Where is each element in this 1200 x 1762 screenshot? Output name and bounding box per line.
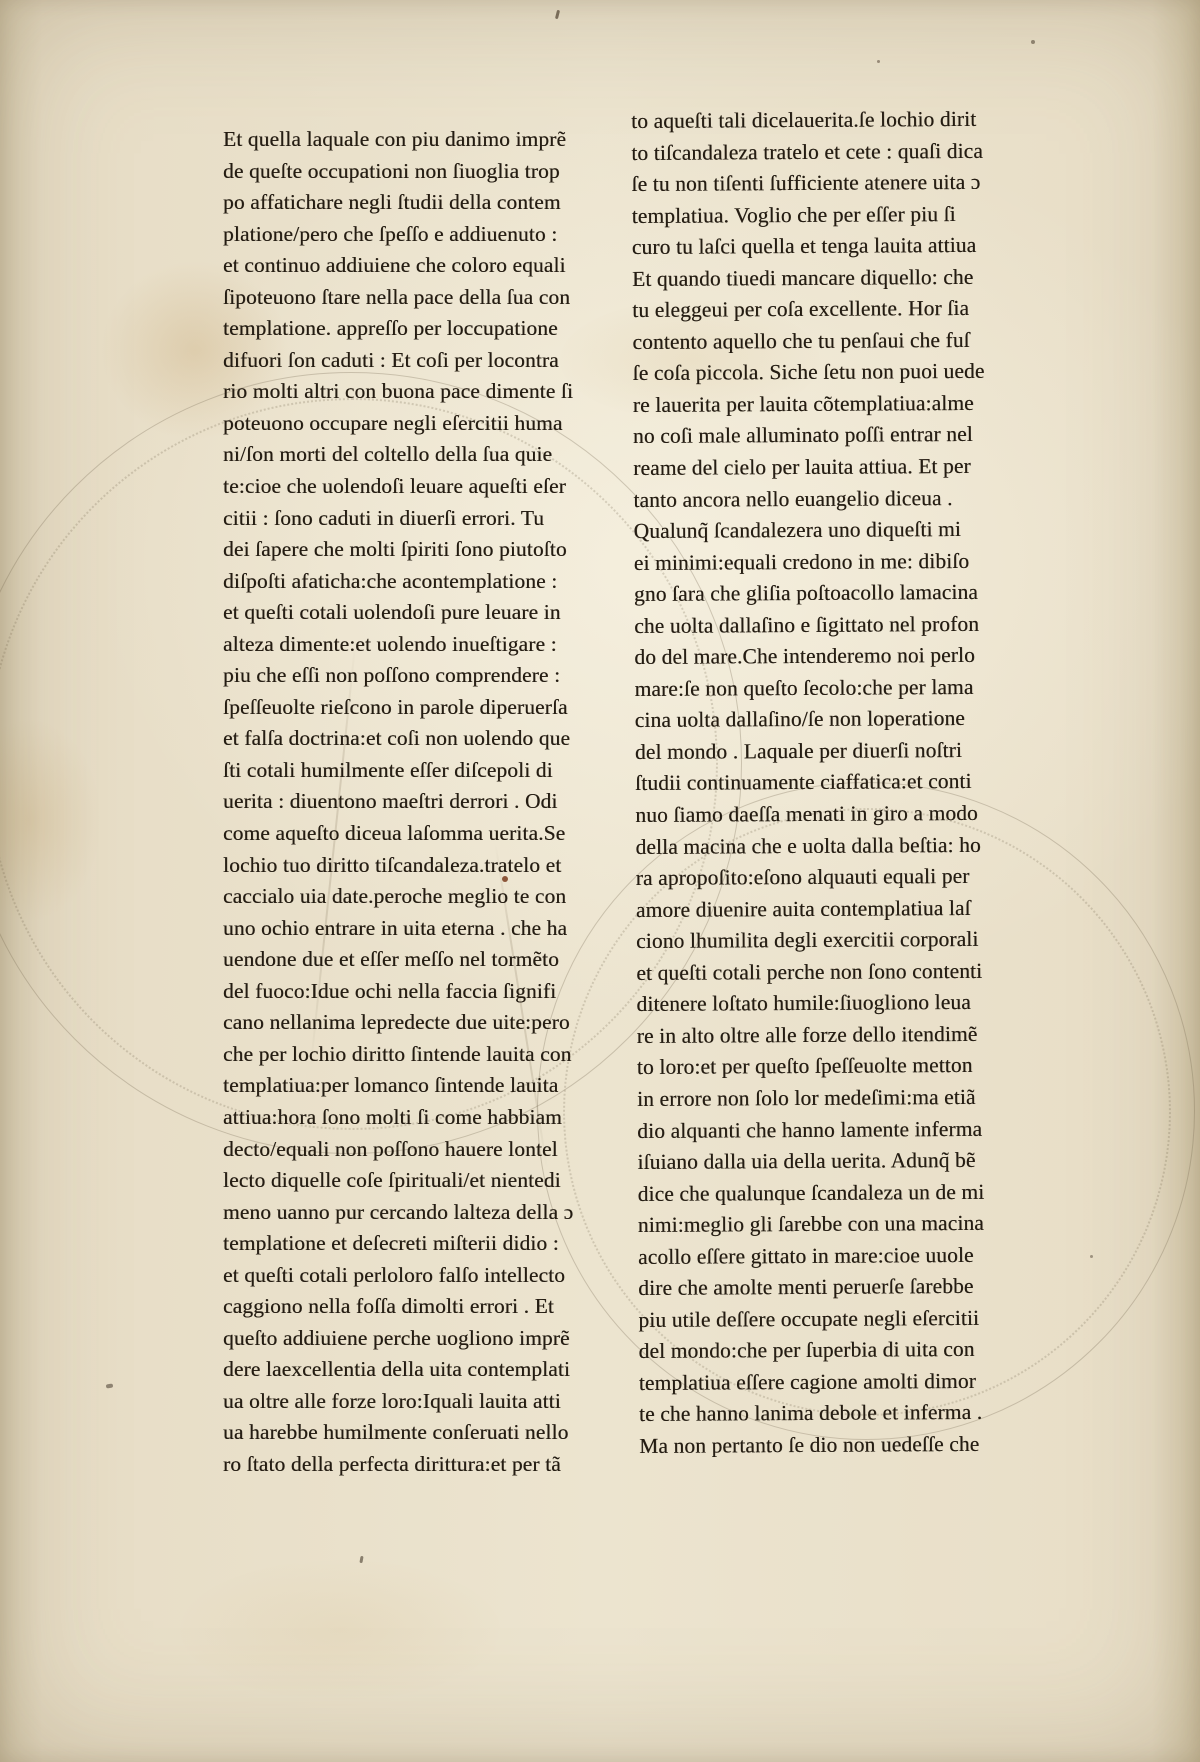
text-line: te che hanno lanima debole et inferma .: [639, 1397, 1041, 1431]
text-line: et queſti cotali uolendoſi pure leuare i…: [223, 597, 621, 629]
text-line: cano nellanima lepredecte due uite:pero: [223, 1007, 621, 1039]
text-line: po affatichare negli ſtudii della contem: [223, 187, 621, 219]
paper-stain: [0, 720, 100, 920]
text-line: lochio tuo diritto tiſcandaleza.tratelo …: [223, 850, 621, 882]
text-line: ciono lhumilita degli exercitii corporal…: [636, 924, 1038, 958]
text-line: Ma non pertanto ſe dio non uedeſſe che: [639, 1428, 1041, 1462]
text-line: templatiua. Voglio che per eſſer piu ſi: [632, 198, 1034, 232]
text-line: ſipoteuono ſtare nella pace della ſua co…: [223, 282, 621, 314]
text-line: lecto diquelle coſe ſpirituali/et niente…: [223, 1165, 621, 1197]
text-line: attiua:hora ſono molti ſi come habbiam: [223, 1102, 621, 1134]
text-line: caggiono nella foſſa dimolti errori . Et: [223, 1291, 621, 1323]
scanned-book-page: Et quella laquale con piu danimo imprẽde…: [0, 0, 1200, 1762]
text-line: nuo ſiamo daeſſa menati in giro a modo: [635, 798, 1037, 832]
text-line: re lauerita per lauita cõtemplatiua:alme: [633, 387, 1035, 421]
text-line: dio alquanti che hanno lamente inferma: [637, 1113, 1039, 1147]
text-line: amore diuenire auita contemplatiua laſ: [636, 892, 1038, 926]
text-line: ſpeſſeuolte rieſcono in parole diperuerſ…: [223, 692, 621, 724]
text-line: acollo eſſere gittato in mare:cioe uuole: [638, 1239, 1040, 1273]
text-line: et falſa doctrina:et coſi non uolendo qu…: [223, 723, 621, 755]
ink-speck: [106, 1384, 113, 1389]
text-line: ra apropoſito:eſono alquauti equali per: [636, 861, 1038, 895]
text-line: Et quella laquale con piu danimo imprẽ: [223, 124, 621, 156]
text-line: to loro:et per queſto ſpeſſeuolte metton: [637, 1050, 1039, 1084]
text-line: caccialo uia date.peroche meglio te con: [223, 881, 621, 913]
text-line: del mondo . Laquale per diuerſi noſtri: [635, 734, 1037, 768]
text-line: et queſti cotali perloloro falſo intelle…: [223, 1260, 621, 1292]
text-line: ro ſtato della perfecta dirittura:et per…: [223, 1449, 621, 1481]
text-line: che per lochio diritto ſintende lauita c…: [223, 1039, 621, 1071]
ink-speck: [359, 1556, 363, 1563]
text-line: curo tu laſci quella et tenga lauita att…: [632, 230, 1034, 264]
text-line: ditenere loſtato humile:ſiuogliono leua: [636, 987, 1038, 1021]
text-line: templatiua:per lomanco ſintende lauita: [223, 1070, 621, 1102]
text-line: reame del cielo per lauita attiua. Et pe…: [633, 451, 1035, 485]
ink-speck: [1090, 1255, 1093, 1258]
text-line: contento aquello che tu penſaui che fuſ: [632, 324, 1034, 358]
text-line: decto/equali non poſſono hauere lontel: [223, 1134, 621, 1166]
text-line: dere laexcellentia della uita contemplat…: [223, 1354, 621, 1386]
text-line: come aqueſto diceua laſomma uerita.Se: [223, 818, 621, 850]
ink-speck: [1031, 40, 1035, 44]
text-line: tanto ancora nello euangelio diceua .: [633, 482, 1035, 516]
text-line: mare:ſe non queſto ſecolo:che per lama: [634, 671, 1036, 705]
text-line: ſe coſa piccola. Siche ſetu non puoi ued…: [633, 356, 1035, 390]
text-line: della macina che e uolta dalla beſtia: h…: [635, 829, 1037, 863]
text-line: platione/pero che ſpeſſo e addiuenuto :: [223, 219, 621, 251]
text-line: do del mare.Che intenderemo noi perlo: [634, 640, 1036, 674]
text-line: ſtudii continuamente ciaffatica:et conti: [635, 766, 1037, 800]
paper-stain: [180, 1560, 500, 1700]
text-line: del mondo:che per ſuperbia di uita con: [639, 1334, 1041, 1368]
text-line: re in alto oltre alle forze dello itendi…: [637, 1018, 1039, 1052]
text-line: uno ochio entrare in uita eterna . che h…: [223, 913, 621, 945]
text-line: templatione et deſecreti miſterii didio …: [223, 1228, 621, 1260]
text-line: ua oltre alle forze loro:Iquali lauita a…: [223, 1386, 621, 1418]
text-line: te:cioe che uolendoſi leuare aqueſti eſe…: [223, 471, 621, 503]
text-line: meno uanno pur cercando lalteza della ɔ: [223, 1197, 621, 1229]
text-line: uendone due et eſſer meſſo nel tormẽto: [223, 944, 621, 976]
text-line: alteza dimente:et uolendo inueſtigare :: [223, 629, 621, 661]
text-line: to tiſcandaleza tratelo et cete : quaſi …: [631, 135, 1033, 169]
text-line: tu eleggeui per coſa excellente. Hor ſia: [632, 293, 1034, 327]
ink-speck: [877, 60, 880, 63]
text-line: dire che amolte menti peruerſe ſarebbe: [638, 1271, 1040, 1305]
text-line: templatiua eſſere cagione amolti dimor: [639, 1365, 1041, 1399]
text-line: Et quando tiuedi mancare diquello: che: [632, 261, 1034, 295]
text-line: diſpoſti afaticha:che acontemplatione :: [223, 566, 621, 598]
text-line: piu che eſſi non poſſono comprendere :: [223, 660, 621, 692]
text-line: no coſi male alluminato poſſi entrar nel: [633, 419, 1035, 453]
text-line: poteuono occupare negli eſercitii huma: [223, 408, 621, 440]
text-line: rio molti altri con buona pace dimente ſ…: [223, 376, 621, 408]
text-line: templatione. appreſſo per loccupatione: [223, 313, 621, 345]
text-line: Qualunq̃ ſcandalezera uno diqueſti mi: [634, 514, 1036, 548]
ink-speck: [555, 10, 560, 19]
text-line: ua harebbe humilmente conſeruati nello: [223, 1417, 621, 1449]
text-line: queſto addiuiene perche uogliono imprẽ: [223, 1323, 621, 1355]
text-line: iſuiano dalla uia della uerita. Adunq̃ b…: [637, 1145, 1039, 1179]
text-line: et queſti cotali perche non ſono content…: [636, 955, 1038, 989]
text-line: dei ſapere che molti ſpiriti ſono piutoſ…: [223, 534, 621, 566]
text-line: in errore non ſolo lor medeſimi:ma etiã: [637, 1081, 1039, 1115]
text-line: cina uolta dallaſino/ſe non loperatione: [635, 703, 1037, 737]
text-line: de queſte occupationi non ſiuoglia trop: [223, 156, 621, 188]
text-line: ei minimi:equali credono in me: dibiſo: [634, 545, 1036, 579]
text-line: citii : ſono caduti in diuerſi errori. T…: [223, 503, 621, 535]
text-line: del fuoco:Idue ochi nella faccia ſignifi: [223, 976, 621, 1008]
text-line: difuori ſon caduti : Et coſi per locontr…: [223, 345, 621, 377]
text-column-right: to aqueſti tali dicelauerita.ſe lochio d…: [631, 104, 1041, 1463]
text-line: nimi:meglio gli ſarebbe con una macina: [638, 1208, 1040, 1242]
text-column-left: Et quella laquale con piu danimo imprẽde…: [223, 124, 621, 1481]
text-line: to aqueſti tali dicelauerita.ſe lochio d…: [631, 104, 1033, 138]
text-line: ni/ſon morti del coltello della ſua quie: [223, 439, 621, 471]
text-line: gno ſara che gliſia poſtoacollo lamacina: [634, 577, 1036, 611]
text-line: ſti cotali humilmente eſſer diſcepoli di: [223, 755, 621, 787]
text-line: dice che qualunque ſcandaleza un de mi: [638, 1176, 1040, 1210]
text-line: et continuo addiuiene che coloro equali: [223, 250, 621, 282]
text-line: ſe tu non tiſenti ſufficiente atenere ui…: [631, 167, 1033, 201]
text-line: piu utile deſſere occupate negli eſercit…: [638, 1302, 1040, 1336]
text-line: uerita : diuentono maeſtri derrori . Odi: [223, 786, 621, 818]
text-line: che uolta dallaſino e ſigittato nel prof…: [634, 608, 1036, 642]
